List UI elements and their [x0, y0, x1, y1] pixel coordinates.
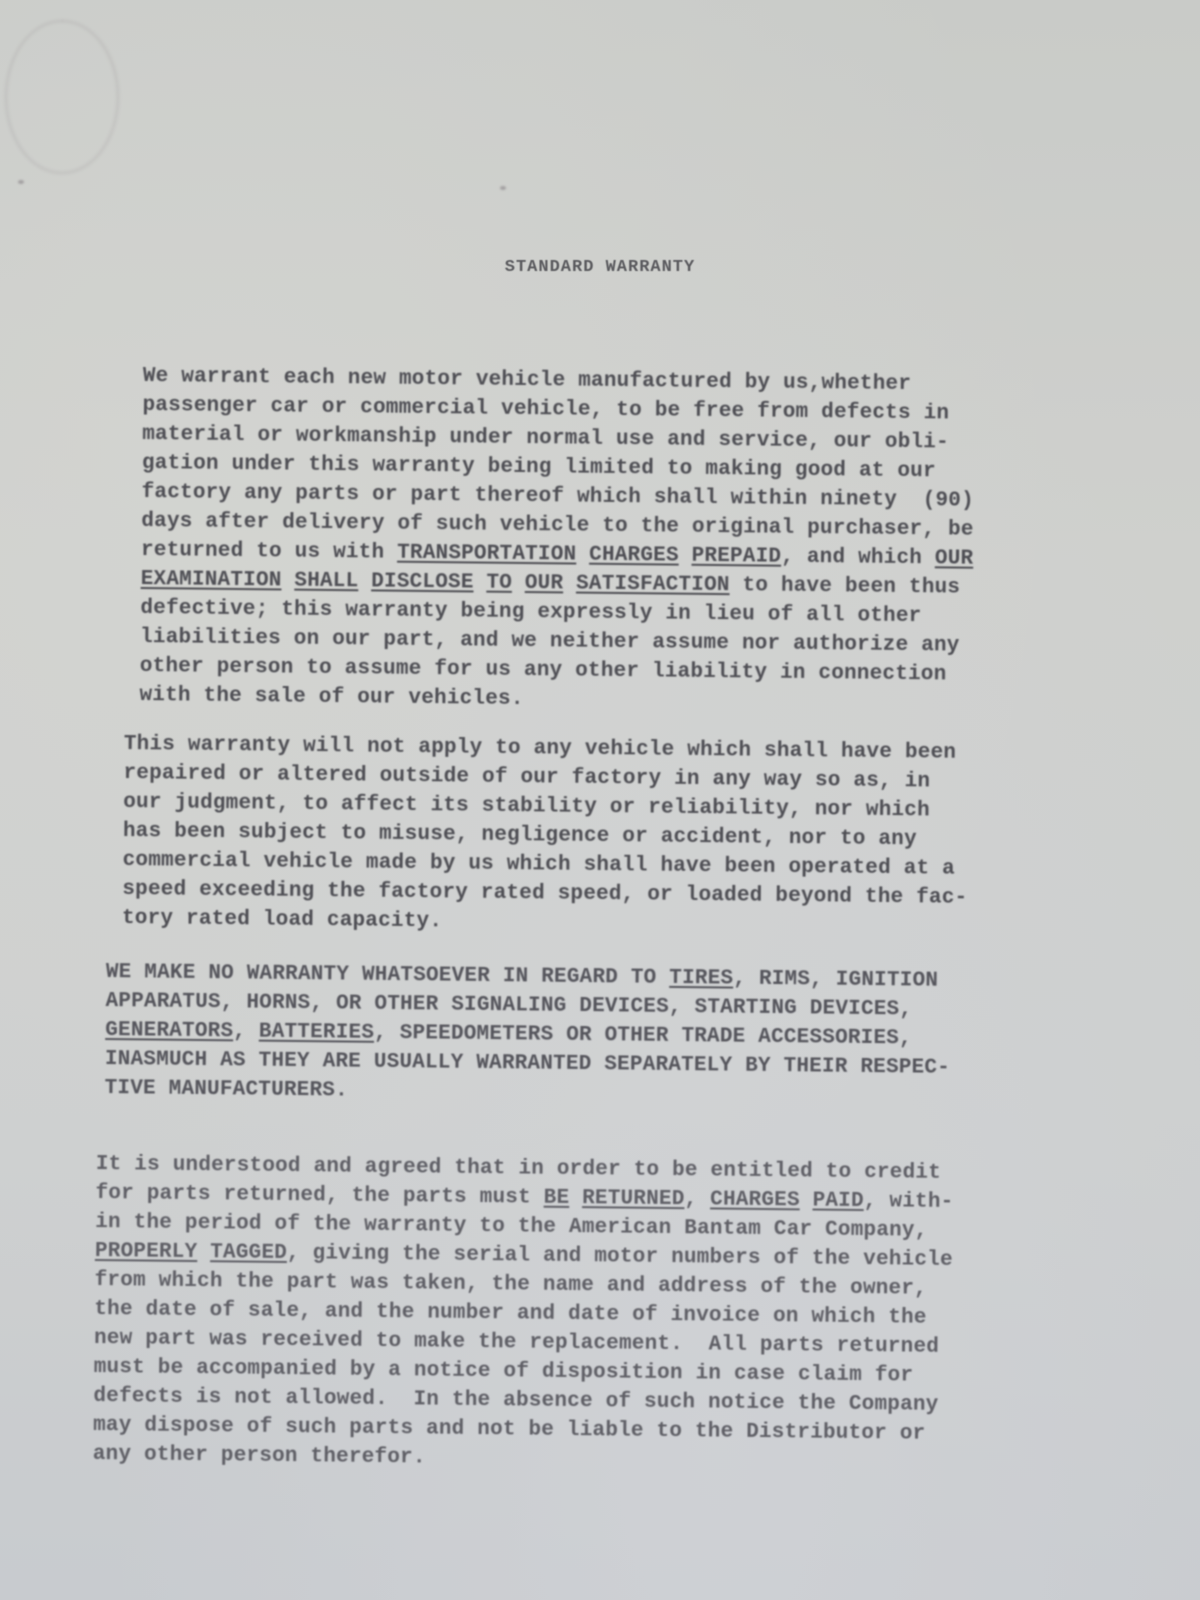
- paper-sheet: STANDARD WARRANTY We warrant each new mo…: [0, 0, 1200, 1600]
- paper-speck: [500, 186, 506, 190]
- coffee-stain: [5, 20, 119, 174]
- document-title: STANDARD WARRANTY: [0, 258, 1200, 277]
- paragraph-exclusions: This warranty will not apply to any vehi…: [122, 730, 969, 942]
- paragraph-parts-return: It is understood and agreed that in orde…: [93, 1150, 954, 1478]
- paragraph-accessories-disclaimer: WE MAKE NO WARRANTY WHATSOEVER IN REGARD…: [104, 958, 951, 1112]
- paragraph-warranty-terms: We warrant each new motor vehicle manufa…: [139, 362, 975, 719]
- paper-speck: [18, 180, 24, 184]
